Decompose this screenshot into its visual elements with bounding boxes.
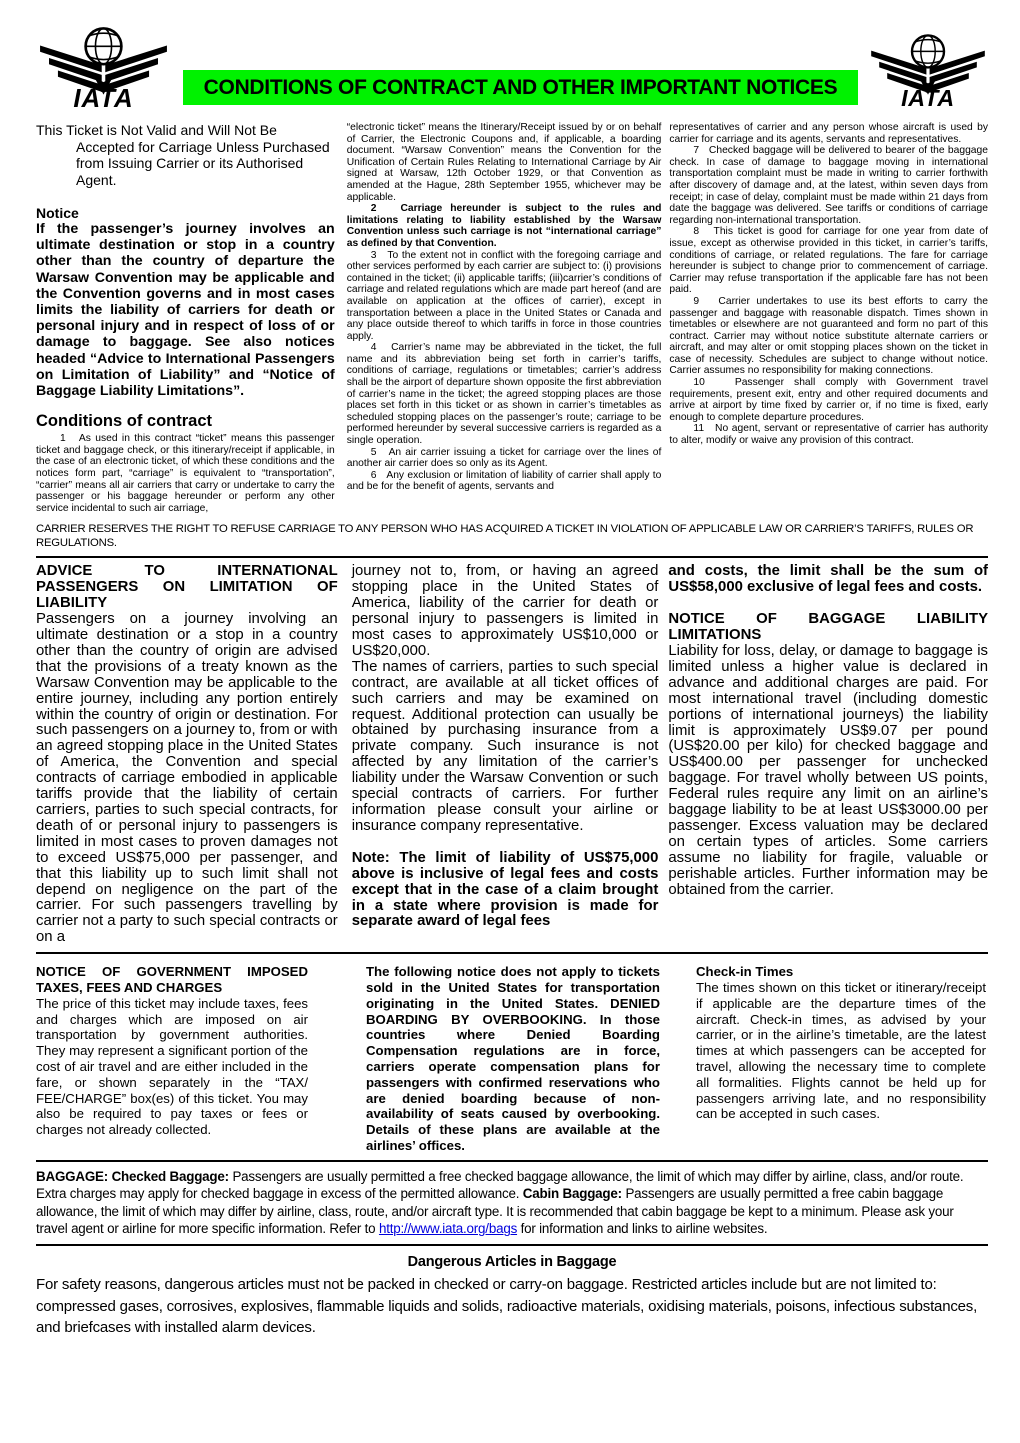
baggage-allowance-paragraph: BAGGAGE: Checked Baggage: Passengers are… [36, 1168, 988, 1238]
liability-note-continuation: and costs, the limit shall be the sum of… [668, 564, 988, 596]
taxes-heading: NOTICE OF GOVERNMENT IMPOSED TAXES, FEES… [36, 964, 308, 996]
advice-col-3: and costs, the limit shall be the sum of… [668, 564, 988, 946]
government-section: NOTICE OF GOVERNMENT IMPOSED TAXES, FEES… [36, 964, 988, 1154]
validity-notice: This Ticket is Not Valid and Will Not Be… [36, 122, 335, 188]
carrier-reserves-statement: CARRIER RESERVES THE RIGHT TO REFUSE CAR… [36, 522, 988, 550]
taxes-body: The price of this ticket may include tax… [36, 996, 308, 1138]
clause-4: 4 Carrier’s name may be abbreviated in t… [347, 342, 662, 446]
clause-3: 3 To the extent not in conflict with the… [347, 250, 662, 343]
clause-6: 6 Any exclusion or limitation of liabili… [347, 470, 662, 493]
conditions-col-3: representatives of carrier and any perso… [669, 122, 988, 514]
spacer [668, 596, 988, 612]
dangerous-articles-heading: Dangerous Articles in Baggage [36, 1254, 988, 1270]
title-banner: CONDITIONS OF CONTRACT AND OTHER IMPORTA… [183, 70, 858, 105]
advice-heading: ADVICE TO INTERNATIONAL PASSENGERS ON LI… [36, 564, 338, 612]
baggage-label: BAGGAGE: Checked Baggage: [36, 1169, 229, 1184]
iata-logo-right: IATA [868, 30, 988, 108]
clause-5: 5 An air carrier issuing a ticket for ca… [347, 447, 662, 470]
advice-continuation: journey not to, from, or having an agree… [352, 564, 659, 659]
conditions-col-1: This Ticket is Not Valid and Will Not Be… [36, 122, 335, 514]
clause-2: 2 Carriage hereunder is subject to the r… [347, 203, 662, 249]
divider [36, 952, 988, 954]
clause-8: 8 This ticket is good for carriage for o… [669, 226, 988, 296]
clause-9: 9 Carrier undertakes to use its best eff… [669, 296, 988, 377]
iata-globe-wings-icon: IATA [868, 30, 988, 108]
baggage-liability-body: Liability for loss, delay, or damage to … [668, 644, 988, 899]
header: IATA CONDITIONS OF CONTRACT AND OTHER IM… [36, 24, 988, 108]
baggage-text-3: for information and links to airline web… [517, 1221, 767, 1236]
iata-bags-link[interactable]: http://www.iata.org/bags [379, 1221, 517, 1236]
checkin-heading: Check-in Times [696, 964, 986, 980]
divider [36, 1244, 988, 1246]
divider [36, 1160, 988, 1162]
carrier-names-paragraph: The names of carriers, parties to such s… [352, 660, 659, 835]
validity-line-1: This Ticket is Not Valid and Will Not Be [36, 122, 335, 139]
notice-heading: Notice [36, 205, 335, 221]
liability-note: Note: The limit of liability of US$75,00… [352, 851, 659, 931]
iata-globe-wings-icon: IATA [36, 24, 171, 108]
checkin-col: Check-in Times The times shown on this t… [696, 964, 986, 1154]
advice-col-1: ADVICE TO INTERNATIONAL PASSENGERS ON LI… [36, 564, 338, 946]
dangerous-articles-body: For safety reasons, dangerous articles m… [36, 1274, 988, 1339]
conditions-section: This Ticket is Not Valid and Will Not Be… [36, 122, 988, 514]
overbooking-body: The following notice does not apply to t… [366, 964, 660, 1154]
spacer [352, 835, 659, 851]
clause-10: 10 Passenger shall comply with Governmen… [669, 377, 988, 423]
cabin-baggage-label: Cabin Baggage: [523, 1186, 622, 1201]
clause-11: 11 No agent, servant or representative o… [669, 423, 988, 446]
iata-logo-left: IATA [36, 24, 171, 108]
clause-1: 1 As used in this contract “ticket” mean… [36, 433, 335, 514]
clause-6-continuation: representatives of carrier and any perso… [669, 122, 988, 145]
conditions-of-contract-heading: Conditions of contract [36, 412, 335, 431]
electronic-ticket-definition: “electronic ticket” means the Itinerary/… [347, 122, 662, 203]
baggage-liability-heading: NOTICE OF BAGGAGE LIABILITY LIMITATIONS [668, 612, 988, 644]
iata-logo-text: IATA [901, 85, 955, 108]
advice-body: Passengers on a journey involving an ult… [36, 612, 338, 946]
checkin-body: The times shown on this ticket or itiner… [696, 980, 986, 1122]
validity-rest: Accepted for Carriage Unless Purchased f… [76, 139, 335, 189]
page-title: CONDITIONS OF CONTRACT AND OTHER IMPORTA… [204, 76, 838, 100]
taxes-col: NOTICE OF GOVERNMENT IMPOSED TAXES, FEES… [36, 964, 308, 1154]
advice-section: ADVICE TO INTERNATIONAL PASSENGERS ON LI… [36, 564, 988, 946]
page: IATA CONDITIONS OF CONTRACT AND OTHER IM… [0, 0, 1020, 1443]
notice-body: If the passenger’s journey involves an u… [36, 221, 335, 399]
divider [36, 556, 988, 558]
iata-logo-text: IATA [73, 85, 133, 108]
overbooking-col: The following notice does not apply to t… [366, 964, 660, 1154]
clause-7: 7 Checked baggage will be delivered to b… [669, 145, 988, 226]
advice-col-2: journey not to, from, or having an agree… [352, 564, 659, 946]
conditions-col-2: “electronic ticket” means the Itinerary/… [347, 122, 662, 514]
